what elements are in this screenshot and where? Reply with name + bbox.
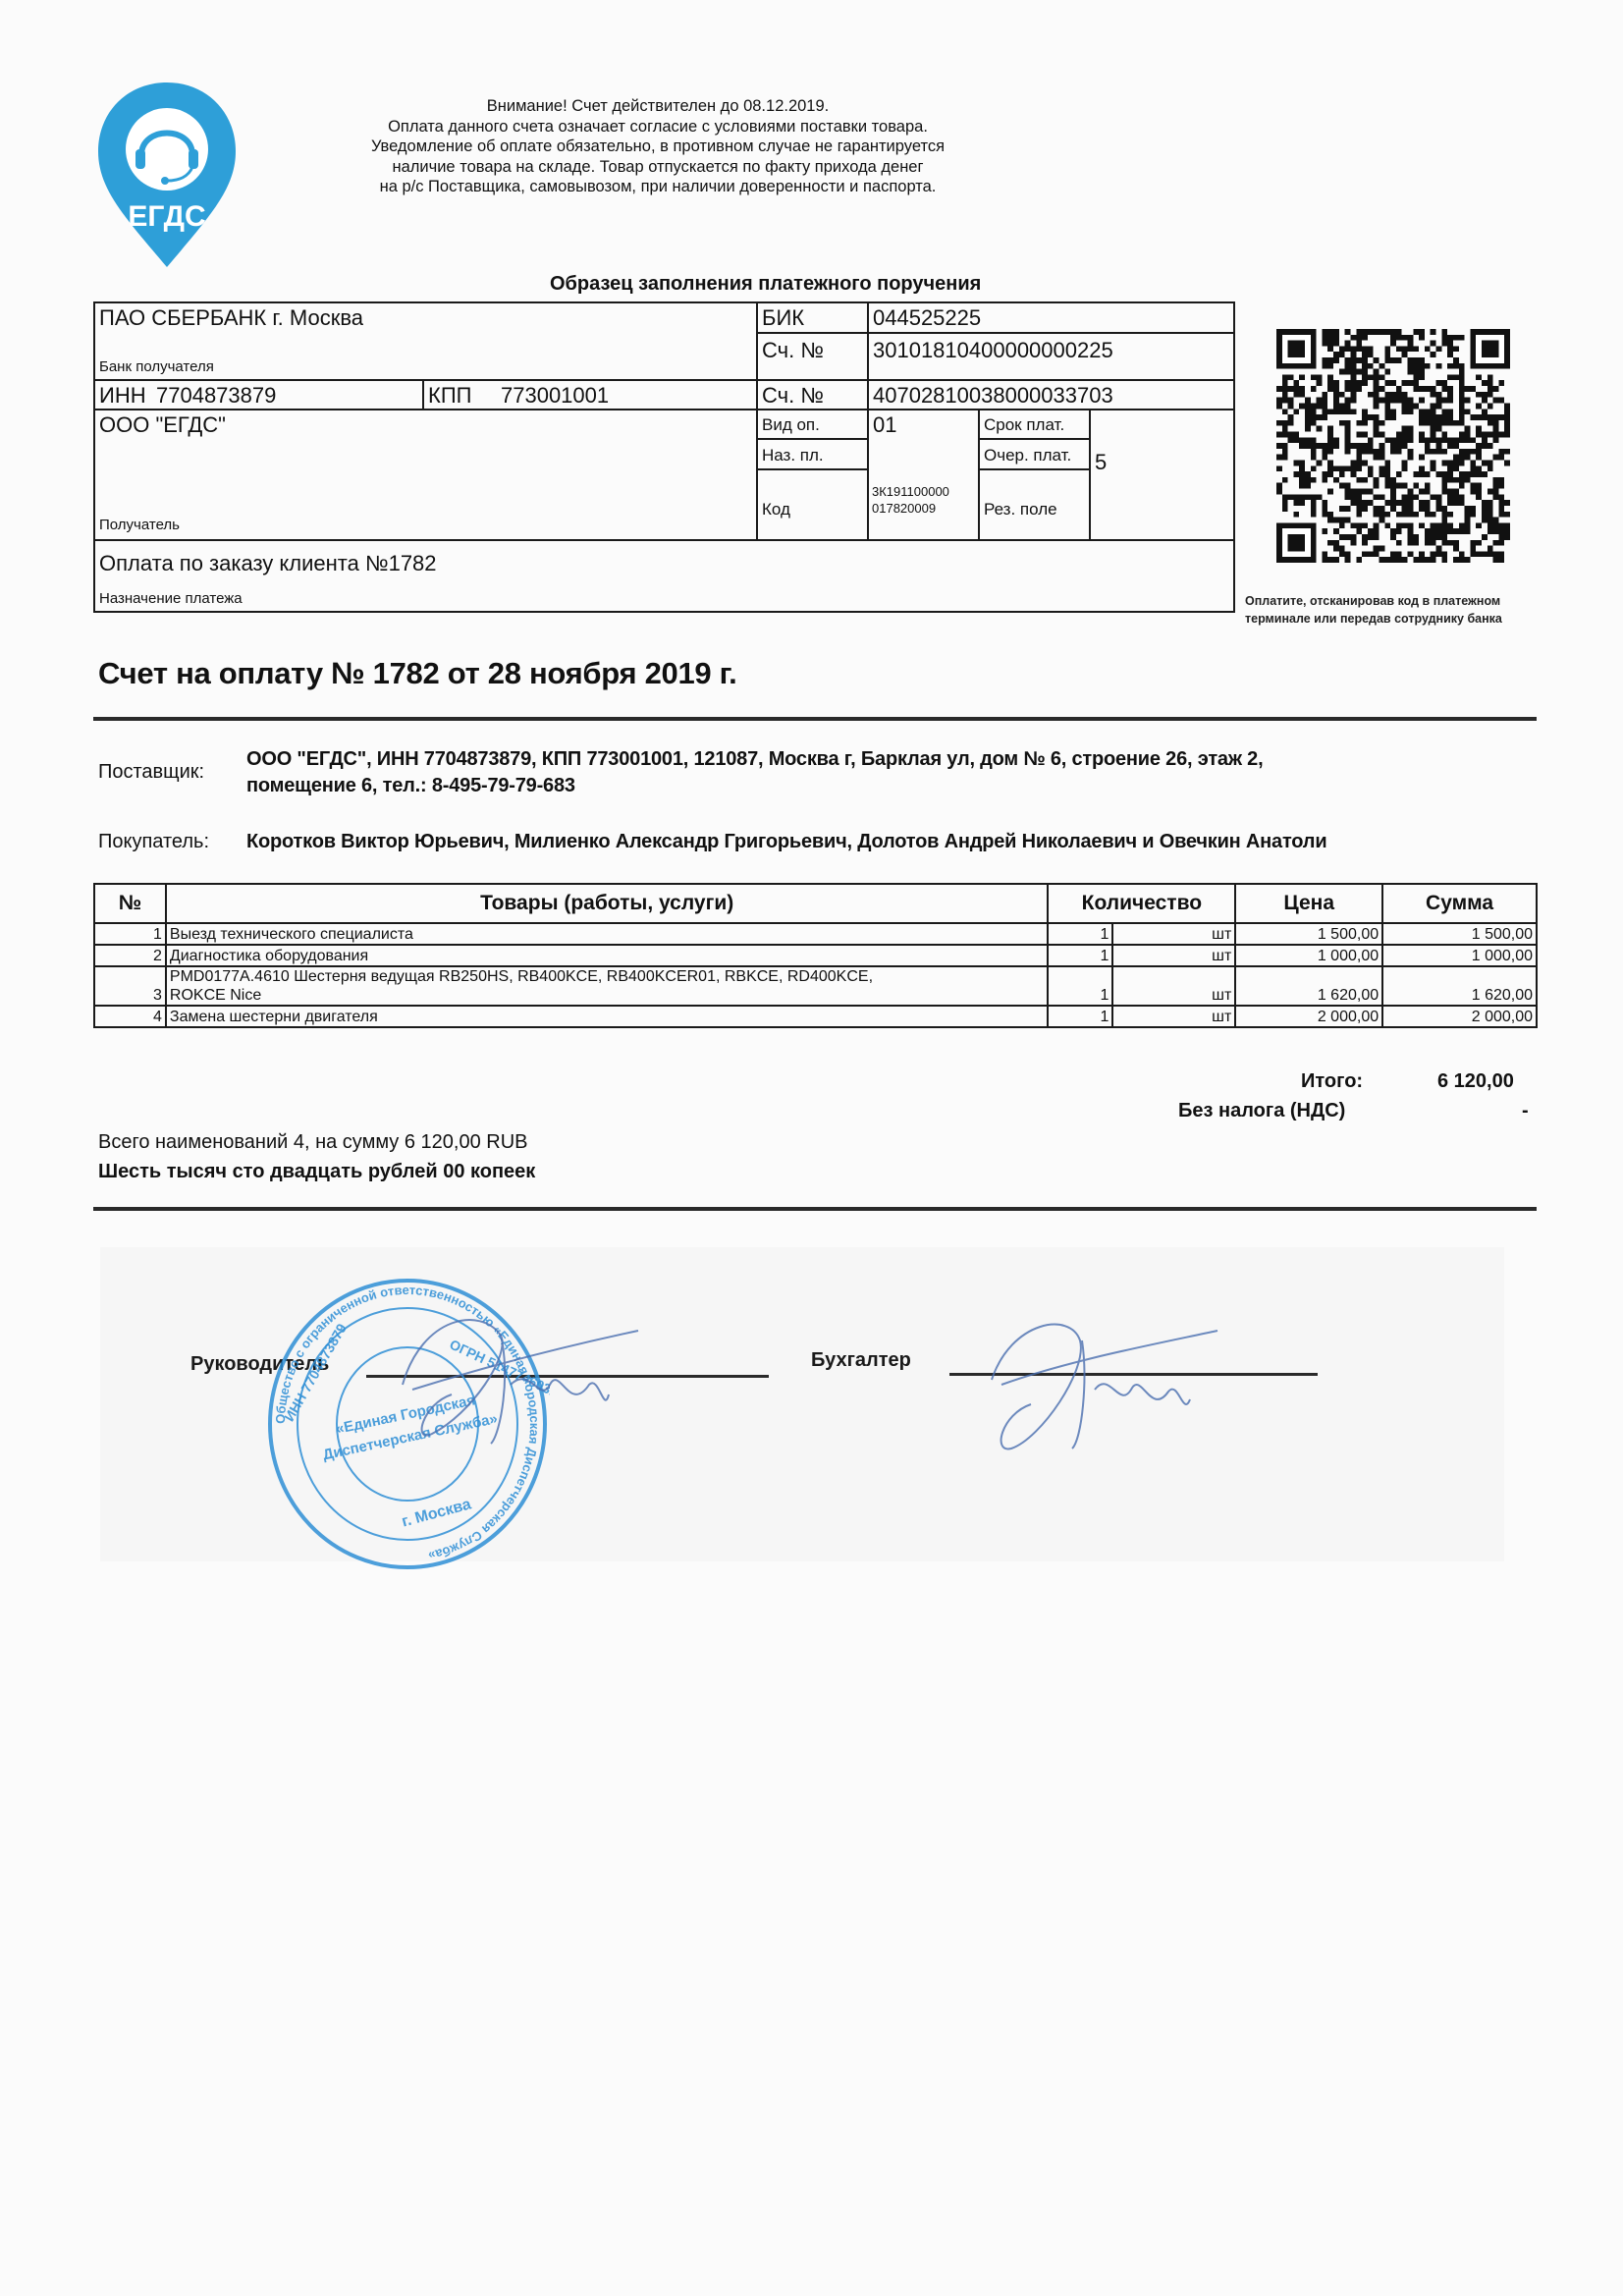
divider: [93, 1207, 1537, 1211]
row-price: 1 500,00: [1235, 923, 1382, 945]
row-unit: шт: [1112, 923, 1235, 945]
table-row: 3 PMD0177A.4610 Шестерня ведущая RB250HS…: [94, 966, 1537, 1006]
table-header-row: № Товары (работы, услуги) Количество Цен…: [94, 884, 1537, 923]
divider: [93, 717, 1537, 721]
director-signature: [393, 1296, 648, 1463]
row-sum: 2 000,00: [1382, 1006, 1537, 1027]
qr-code-icon: [1276, 329, 1510, 563]
supplier-label: Поставщик:: [98, 761, 204, 784]
priority-value-cell: 5: [1089, 409, 1235, 541]
amount-in-words: Шесть тысяч сто двадцать рублей 00 копее…: [98, 1161, 535, 1183]
account-label: Сч. №: [762, 383, 824, 409]
supplier-line-2: помещение 6, тел.: 8-495-79-79-683: [246, 775, 575, 797]
reserve-label: Рез. поле: [984, 500, 1057, 519]
table-row: 4 Замена шестерни двигателя 1 шт 2 000,0…: [94, 1006, 1537, 1027]
row-price: 2 000,00: [1235, 1006, 1382, 1027]
code-label: Код: [762, 500, 790, 519]
reserve-label-cell: Рез. поле: [978, 468, 1091, 541]
payment-purpose: Оплата по заказу клиента №1782: [99, 551, 437, 576]
bik-label: БИК: [762, 305, 804, 331]
bank-label: Банк получателя: [99, 358, 214, 375]
company-logo: ЕГДС: [94, 79, 240, 271]
bik-value-cell: 044525225: [867, 301, 1235, 334]
corr-account-label: Сч. №: [762, 338, 824, 363]
row-sum: 1 500,00: [1382, 923, 1537, 945]
bank-cell: ПАО СБЕРБАНК г. Москва Банк получателя: [93, 301, 758, 381]
items-summary: Всего наименований 4, на сумму 6 120,00 …: [98, 1131, 528, 1154]
row-num: 4: [94, 1006, 166, 1027]
qr-caption: Оплатите, отсканировав код в платежном т…: [1245, 592, 1530, 628]
payment-purpose-label: Назначение платежа: [99, 590, 243, 607]
purpose-code-label: Наз. пл.: [762, 446, 824, 465]
corr-account-label-cell: Сч. №: [756, 332, 869, 381]
op-type-value: 01: [873, 412, 896, 438]
row-unit: шт: [1112, 966, 1235, 1006]
handwritten-signature-icon: [393, 1296, 648, 1463]
accountant-label: Бухгалтер: [811, 1349, 911, 1372]
account-value: 40702810038000033703: [873, 383, 1113, 409]
op-type-label-cell: Вид оп.: [756, 409, 869, 440]
notice-line: Оплата данного счета означает согласие с…: [285, 117, 1031, 137]
qr-caption-line-2: терминале или передав сотруднику банка: [1245, 610, 1530, 628]
kpp-value: 773001001: [501, 383, 609, 409]
row-num: 3: [94, 966, 166, 1006]
account-label-cell: Сч. №: [756, 379, 869, 410]
row-qty: 1: [1048, 1006, 1112, 1027]
total-value: 6 120,00: [1437, 1070, 1514, 1093]
row-price: 1 000,00: [1235, 945, 1382, 966]
supplier-line-1: ООО "ЕГДС", ИНН 7704873879, КПП 77300100…: [246, 748, 1263, 771]
due-label: Срок плат.: [984, 415, 1064, 435]
account-value-cell: 40702810038000033703: [867, 379, 1235, 410]
corr-account-value-cell: 30101810400000000225: [867, 332, 1235, 381]
row-qty: 1: [1048, 923, 1112, 945]
vat-value: -: [1522, 1100, 1529, 1122]
row-name: Замена шестерни двигателя: [166, 1006, 1049, 1027]
inn-label: ИНН: [99, 383, 146, 409]
row-unit: шт: [1112, 945, 1235, 966]
col-sum: Сумма: [1382, 884, 1537, 923]
kpp-cell: КПП 773001001: [422, 379, 758, 410]
invoice-title: Счет на оплату № 1782 от 28 ноября 2019 …: [98, 656, 737, 691]
qr-caption-line-1: Оплатите, отсканировав код в платежном: [1245, 592, 1530, 610]
purpose-code-label-cell: Наз. пл.: [756, 438, 869, 470]
kpp-label: КПП: [428, 383, 471, 409]
recipient-cell: ООО "ЕГДС" Получатель: [93, 409, 758, 541]
code-line-2: 017820009: [872, 500, 936, 517]
row-price: 1 620,00: [1235, 966, 1382, 1006]
col-qty: Количество: [1048, 884, 1235, 923]
invoice-notice: Внимание! Счет действителен до 08.12.201…: [285, 96, 1031, 197]
row-unit: шт: [1112, 1006, 1235, 1027]
bank-name: ПАО СБЕРБАНК г. Москва: [99, 305, 363, 331]
total-label: Итого:: [1301, 1070, 1363, 1093]
table-row: 2 Диагностика оборудования 1 шт 1 000,00…: [94, 945, 1537, 966]
due-label-cell: Срок плат.: [978, 409, 1091, 440]
items-table: № Товары (работы, услуги) Количество Цен…: [93, 883, 1538, 1028]
row-name: Выезд технического специалиста: [166, 923, 1049, 945]
col-name: Товары (работы, услуги): [166, 884, 1049, 923]
svg-text:ЕГДС: ЕГДС: [128, 200, 205, 233]
row-name-line-1: PMD0177A.4610 Шестерня ведущая RB250HS, …: [170, 967, 1045, 986]
priority-label-cell: Очер. плат.: [978, 438, 1091, 470]
code-label-cell: Код: [756, 468, 869, 541]
accountant-signature: [972, 1301, 1227, 1468]
notice-line: наличие товара на складе. Товар отпускае…: [285, 157, 1031, 178]
col-num: №: [94, 884, 166, 923]
row-name-line-2: ROKCE Nice: [170, 986, 1045, 1005]
row-num: 1: [94, 923, 166, 945]
row-qty: 1: [1048, 966, 1112, 1006]
table-row: 1 Выезд технического специалиста 1 шт 1 …: [94, 923, 1537, 945]
recipient-label: Получатель: [99, 517, 180, 533]
notice-line: Внимание! Счет действителен до 08.12.201…: [285, 96, 1031, 117]
row-num: 2: [94, 945, 166, 966]
payment-order-title: Образец заполнения платежного поручения: [550, 273, 981, 296]
row-name: Диагностика оборудования: [166, 945, 1049, 966]
col-price: Цена: [1235, 884, 1382, 923]
map-pin-headset-icon: ЕГДС: [94, 79, 240, 271]
recipient-name: ООО "ЕГДС": [99, 412, 226, 438]
buyer-label: Покупатель:: [98, 831, 209, 853]
corr-account-value: 30101810400000000225: [873, 338, 1113, 363]
buyer-value: Коротков Виктор Юрьевич, Милиенко Алекса…: [246, 831, 1326, 853]
inn-cell: ИНН 7704873879: [93, 379, 424, 410]
row-name: PMD0177A.4610 Шестерня ведущая RB250HS, …: [166, 966, 1049, 1006]
op-type-label: Вид оп.: [762, 415, 820, 435]
inn-value: 7704873879: [156, 383, 276, 409]
op-type-value-cell: 01 3К191100000 017820009: [867, 409, 980, 541]
handwritten-signature-icon: [972, 1301, 1227, 1468]
bik-value: 044525225: [873, 305, 981, 331]
row-sum: 1 000,00: [1382, 945, 1537, 966]
row-qty: 1: [1048, 945, 1112, 966]
priority-label: Очер. плат.: [984, 446, 1071, 465]
row-sum: 1 620,00: [1382, 966, 1537, 1006]
code-line-1: 3К191100000: [872, 483, 949, 500]
bik-label-cell: БИК: [756, 301, 869, 334]
notice-line: Уведомление об оплате обязательно, в про…: [285, 137, 1031, 157]
priority-value: 5: [1095, 450, 1107, 475]
purpose-cell: Оплата по заказу клиента №1782 Назначени…: [93, 539, 1235, 613]
notice-line: на р/с Поставщика, самовывозом, при нали…: [285, 177, 1031, 197]
vat-label: Без налога (НДС): [1178, 1100, 1345, 1122]
